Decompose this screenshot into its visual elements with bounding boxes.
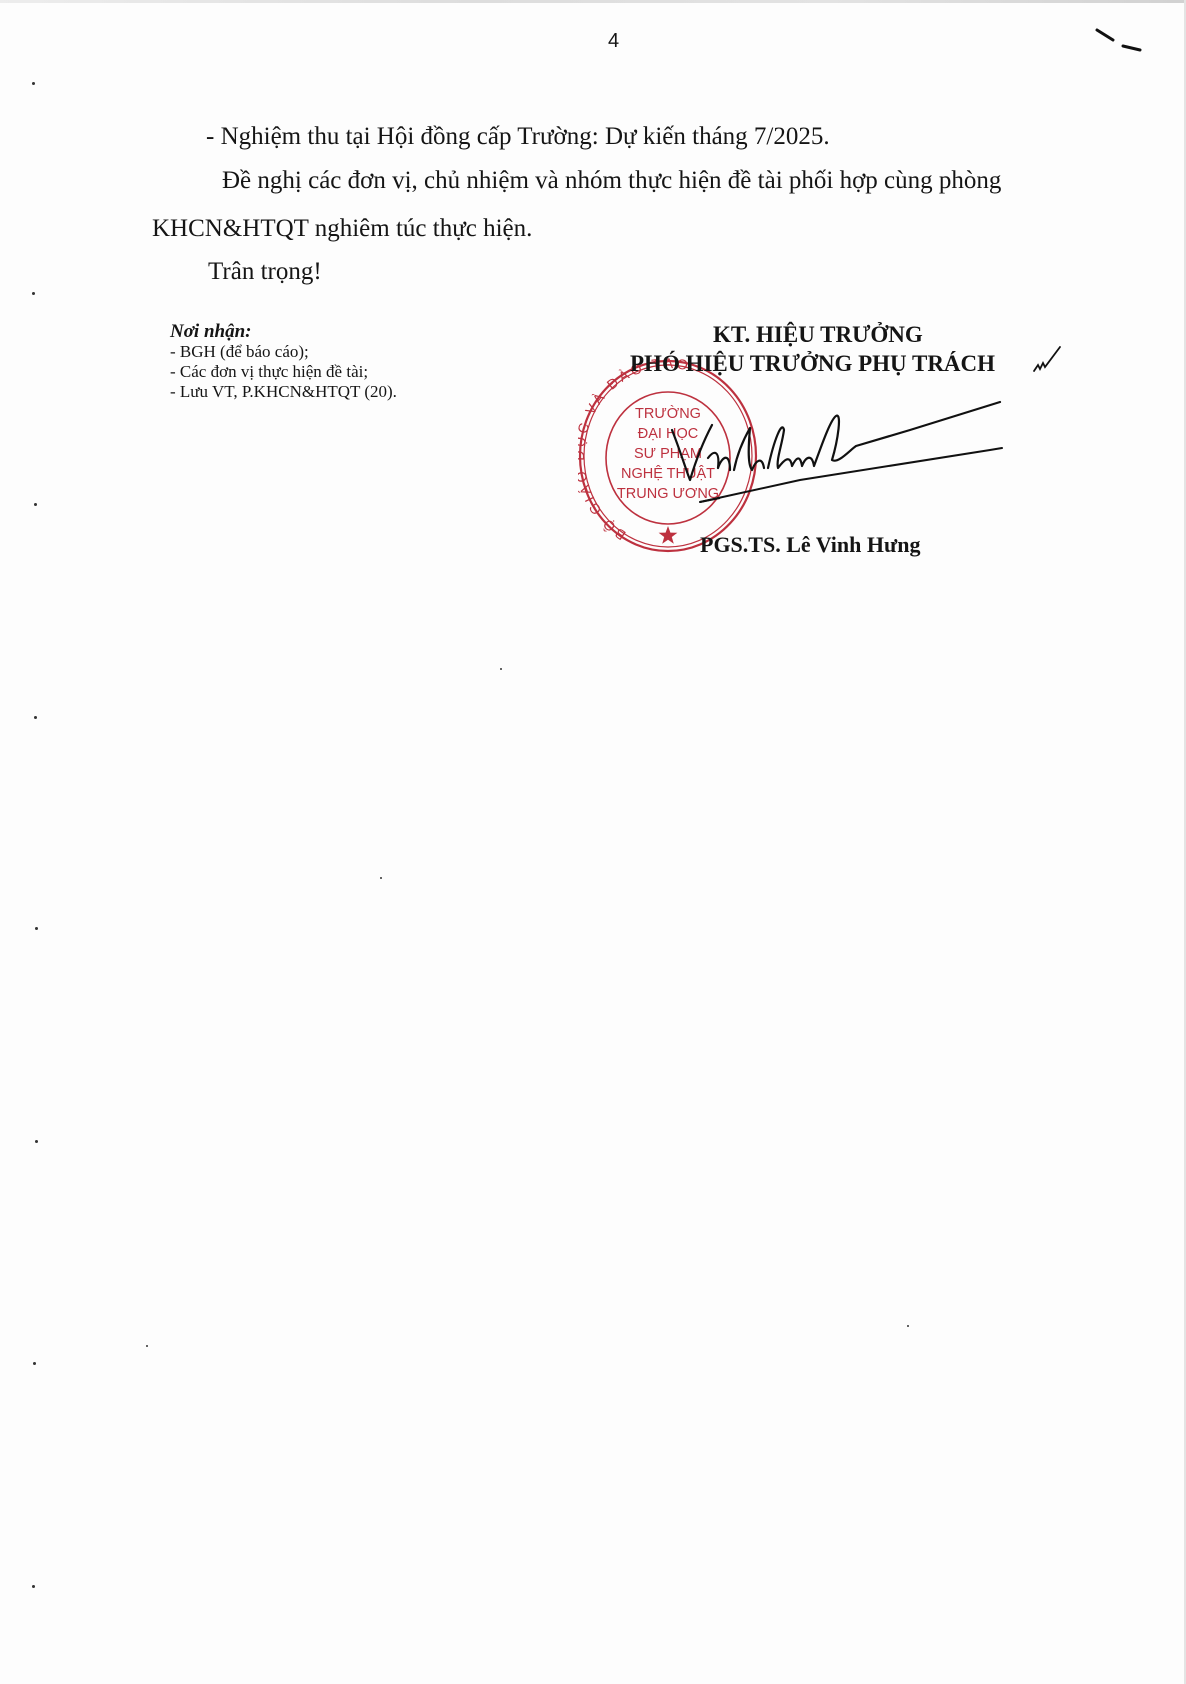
scan-speck <box>35 1140 38 1143</box>
signature-title-line1: KT. HIỆU TRƯỞNG <box>713 323 923 346</box>
body-line-acceptance: - Nghiệm thu tại Hội đồng cấp Trường: Dự… <box>206 124 830 149</box>
recipients-list: - BGH (để báo cáo); - Các đơn vị thực hi… <box>170 342 397 402</box>
page-number: 4 <box>608 30 619 53</box>
recipient-item: - Lưu VT, P.KHCN&HTQT (20). <box>170 382 397 402</box>
scan-speck <box>34 716 37 719</box>
recipients-block: Nơi nhận: - BGH (để báo cáo); - Các đơn … <box>170 322 397 402</box>
body-line-closing: Trân trọng! <box>208 259 322 284</box>
corner-mark-icon <box>1095 28 1155 58</box>
body-line-request: Đề nghị các đơn vị, chủ nhiệm và nhóm th… <box>222 168 1001 193</box>
scan-speck <box>35 927 38 930</box>
scan-speck <box>32 292 35 295</box>
signature-title-line2: PHÓ HIỆU TRƯỞNG PHỤ TRÁCH <box>630 352 995 375</box>
scan-speck <box>33 1362 36 1365</box>
scan-speck <box>907 1325 909 1327</box>
scan-speck <box>34 503 37 506</box>
scan-speck <box>32 1585 35 1588</box>
scan-speck <box>500 668 502 670</box>
recipients-title: Nơi nhận: <box>170 322 397 342</box>
scan-speck <box>380 877 382 879</box>
handwritten-signature <box>660 380 1020 530</box>
recipient-item: - Các đơn vị thực hiện đề tài; <box>170 362 397 382</box>
initial-mark-icon <box>1032 345 1062 375</box>
scan-edge-top <box>0 0 1186 3</box>
body-line-request-cont: KHCN&HTQT nghiêm túc thực hiện. <box>152 216 532 241</box>
recipient-item: - BGH (để báo cáo); <box>170 342 397 362</box>
scan-speck <box>146 1345 148 1347</box>
scan-speck <box>32 82 35 85</box>
signer-name: PGS.TS. Lê Vinh Hưng <box>700 532 920 558</box>
